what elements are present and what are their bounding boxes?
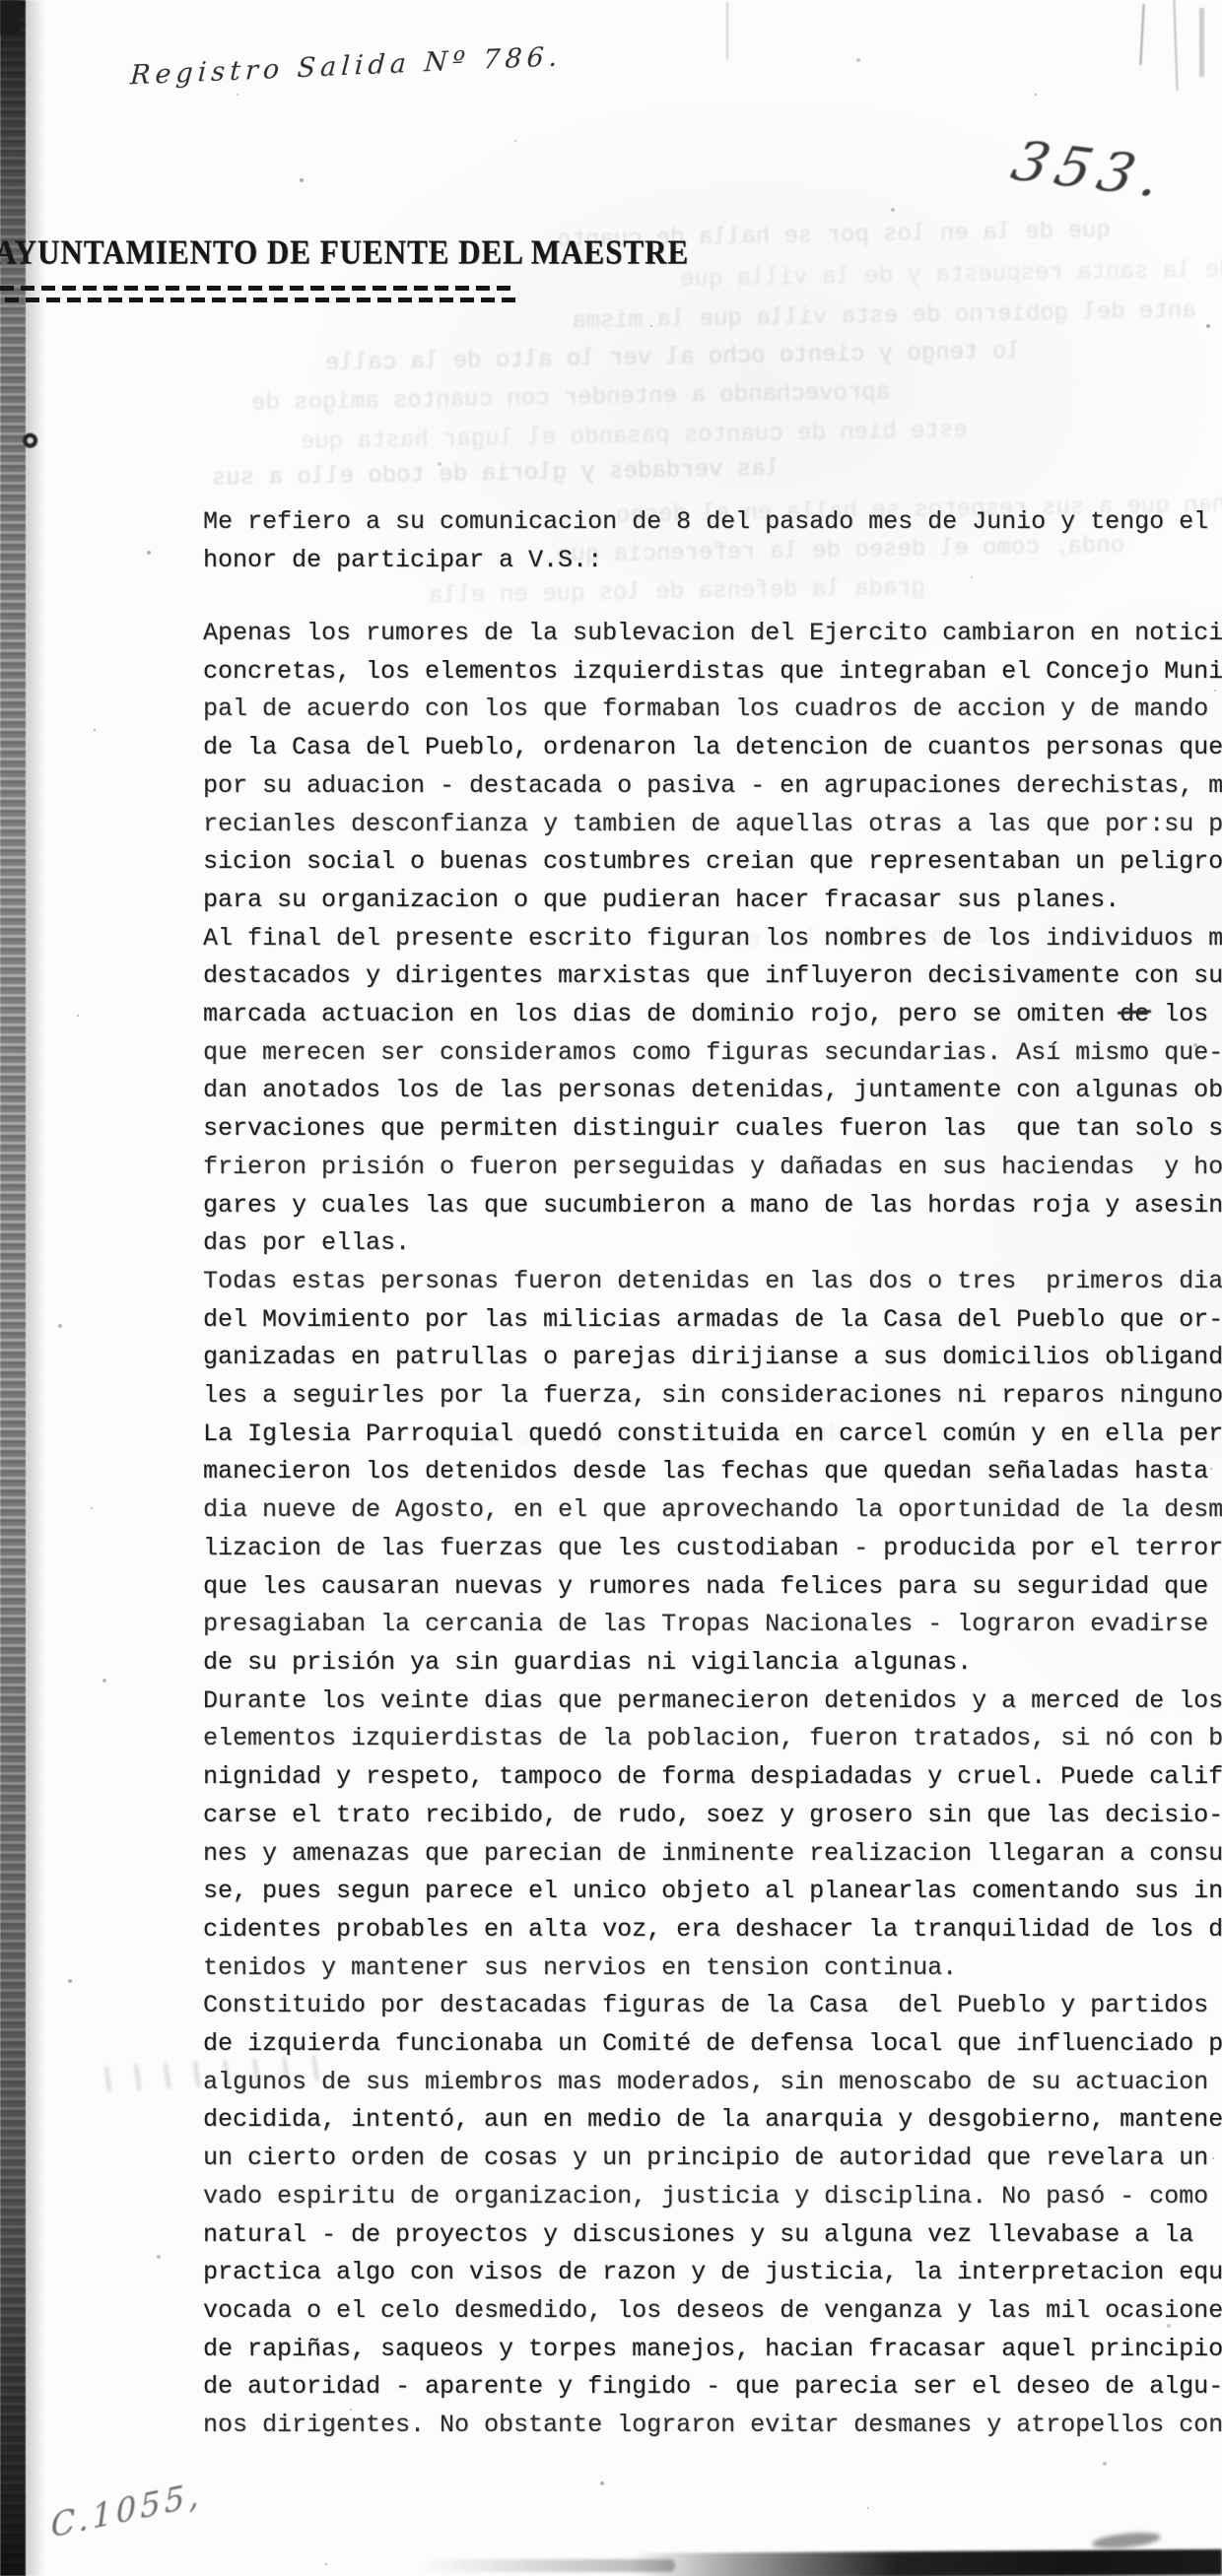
typed-line: recianles desconfianza y tambien de aque… <box>203 806 1222 844</box>
folio-number: 353. <box>1005 129 1176 210</box>
scanned-letter-page: que de la en los por se halla de cuanto … <box>0 0 1222 2576</box>
left-edge-fade <box>26 0 45 2576</box>
letterhead-rule <box>0 297 517 302</box>
typed-line: pal de acuerdo con los que formaban los … <box>203 691 1222 729</box>
typed-line: manecieron los detenidos desde las fecha… <box>203 1453 1222 1491</box>
typed-line: Me refiero a su comunicacion de 8 del pa… <box>203 503 1222 542</box>
typed-line: que les causaran nuevas y rumores nada f… <box>203 1568 1222 1607</box>
typed-line: de rapiñas, saqueos y torpes manejos, ha… <box>203 2331 1222 2369</box>
bleedthrough-line: lo tengo y ciento ocho al ver lo alto de… <box>325 339 1021 377</box>
top-left-corner-mark <box>0 0 20 33</box>
typed-line: cidentes probables en alta voz, era desh… <box>203 1911 1222 1949</box>
typed-line: frieron prisión o fueron perseguidas y d… <box>203 1149 1222 1187</box>
typed-line: concretas, los elementos izquierdistas q… <box>203 653 1222 692</box>
letter-body: Apenas los rumores de la sublevacion del… <box>203 615 1222 2445</box>
typed-line: de izquierda funcionaba un Comité de def… <box>203 2025 1222 2064</box>
typed-line: nignidad y respeto, tampoco de forma des… <box>203 1758 1222 1797</box>
archive-note: C.1055, <box>50 2474 203 2544</box>
bottom-edge-stain <box>631 2549 1222 2576</box>
scan-streak <box>1139 4 1144 65</box>
typed-line: algunos de sus miembros mas moderados, s… <box>203 2064 1222 2102</box>
typed-line: dan anotados los de las personas detenid… <box>203 1072 1222 1110</box>
typed-line: honor de participar a V.S.: <box>203 542 1222 580</box>
typed-line: de la Casa del Pueblo, ordenaron la dete… <box>203 729 1222 767</box>
bleedthrough-line: de la santa respuesta y de la villa que <box>680 257 1222 294</box>
typed-line: decidida, intentó, aun en medio de la an… <box>203 2101 1222 2140</box>
typed-line: nes y amenazas que parecian de inminente… <box>203 1835 1222 1874</box>
typed-line: Todas estas personas fueron detenidas en… <box>203 1263 1222 1301</box>
letterhead-rule <box>0 286 517 291</box>
typed-line: marcada actuacion en los dias de dominio… <box>203 996 1222 1034</box>
typed-line: Constituido por destacadas figuras de la… <box>203 1987 1222 2025</box>
typed-line: das por ellas. <box>203 1224 1222 1263</box>
bottom-edge-stain-fade <box>419 2559 675 2572</box>
typed-line: Durante los veinte dias que permaneciero… <box>203 1683 1222 1721</box>
typed-line: presagiaban la cercania de las Tropas Na… <box>203 1606 1222 1644</box>
letterhead-title: AYUNTAMIENTO DE FUENTE DEL MAESTRE <box>0 232 515 272</box>
typed-line: de su prisión ya sin guardias ni vigilan… <box>203 1644 1222 1683</box>
typed-line: La Iglesia Parroquial quedó constituida … <box>203 1416 1222 1454</box>
scan-streak <box>726 2 728 59</box>
typed-line: elementos izquierdistas de la poblacion,… <box>203 1720 1222 1758</box>
typed-line: un cierto orden de cosas y un principio … <box>203 2140 1222 2178</box>
typed-line: Apenas los rumores de la sublevacion del… <box>203 615 1222 653</box>
registry-stamp-note: Registro Salida Nº 786. <box>129 41 563 91</box>
typed-line: que merecen ser consideramos como figura… <box>203 1034 1222 1073</box>
letter-intro: Me refiero a su comunicacion de 8 del pa… <box>203 503 1222 579</box>
typed-line: para su organizacion o que pudieran hace… <box>203 882 1222 920</box>
typed-line: nos dirigentes. No obstante lograron evi… <box>203 2407 1222 2445</box>
typed-line: ganizadas en patrullas o parejas dirijia… <box>203 1339 1222 1377</box>
scan-streak <box>1199 8 1204 77</box>
bleedthrough-line: las verdades y gloria de todo ello a sus <box>212 456 780 493</box>
typed-line: sicion social o buenas costumbres creian… <box>203 843 1222 882</box>
typed-line: por su aduacion - destacada o pasiva - e… <box>203 767 1222 806</box>
typed-line: les a seguirles por la fuerza, sin consi… <box>203 1377 1222 1416</box>
typed-line: practica algo con visos de razon y de ju… <box>203 2254 1222 2292</box>
typed-line: carse el trato recibido, de rudo, soez y… <box>203 1797 1222 1835</box>
typed-line: gares y cuales las que sucumbieron a man… <box>203 1187 1222 1225</box>
left-binding-edge-shadow <box>0 0 26 2576</box>
speckle-noise <box>0 0 2 2</box>
bleedthrough-line: aprovechando a entender con cuantos amig… <box>251 379 890 417</box>
typed-line: vado espiritu de organizacion, justicia … <box>203 2178 1222 2216</box>
typed-line: del Movimiento por las milicias armadas … <box>203 1301 1222 1340</box>
typed-line: destacados y dirigentes marxistas que in… <box>203 958 1222 996</box>
typed-line: de autoridad - aparente y fingido - que … <box>203 2368 1222 2407</box>
typed-line: dia nueve de Agosto, en el que aprovecha… <box>203 1491 1222 1530</box>
typed-line: vocada o el celo desmedido, los deseos d… <box>203 2292 1222 2331</box>
typed-line: se, pues segun parece el unico objeto al… <box>203 1873 1222 1911</box>
typed-line: tenidos y mantener sus nervios en tensio… <box>203 1949 1222 1988</box>
bottom-stain-blob <box>1091 2530 1161 2550</box>
bleedthrough-line: este bien de cuantos pasando el lugar ha… <box>301 418 968 456</box>
typed-line: servaciones que permiten distinguir cual… <box>203 1110 1222 1149</box>
typed-line: natural - de proyectos y discusiones y s… <box>203 2216 1222 2255</box>
typed-line: lizacion de las fuerzas que les custodia… <box>203 1530 1222 1568</box>
bleedthrough-line: grada la defensa de los que en ella <box>429 575 925 611</box>
typed-line: Al final del presente escrito figuran lo… <box>203 920 1222 958</box>
bleedthrough-line: ante del gobierno de esta villa que la m… <box>572 297 1196 335</box>
scan-streak <box>1173 0 1178 91</box>
